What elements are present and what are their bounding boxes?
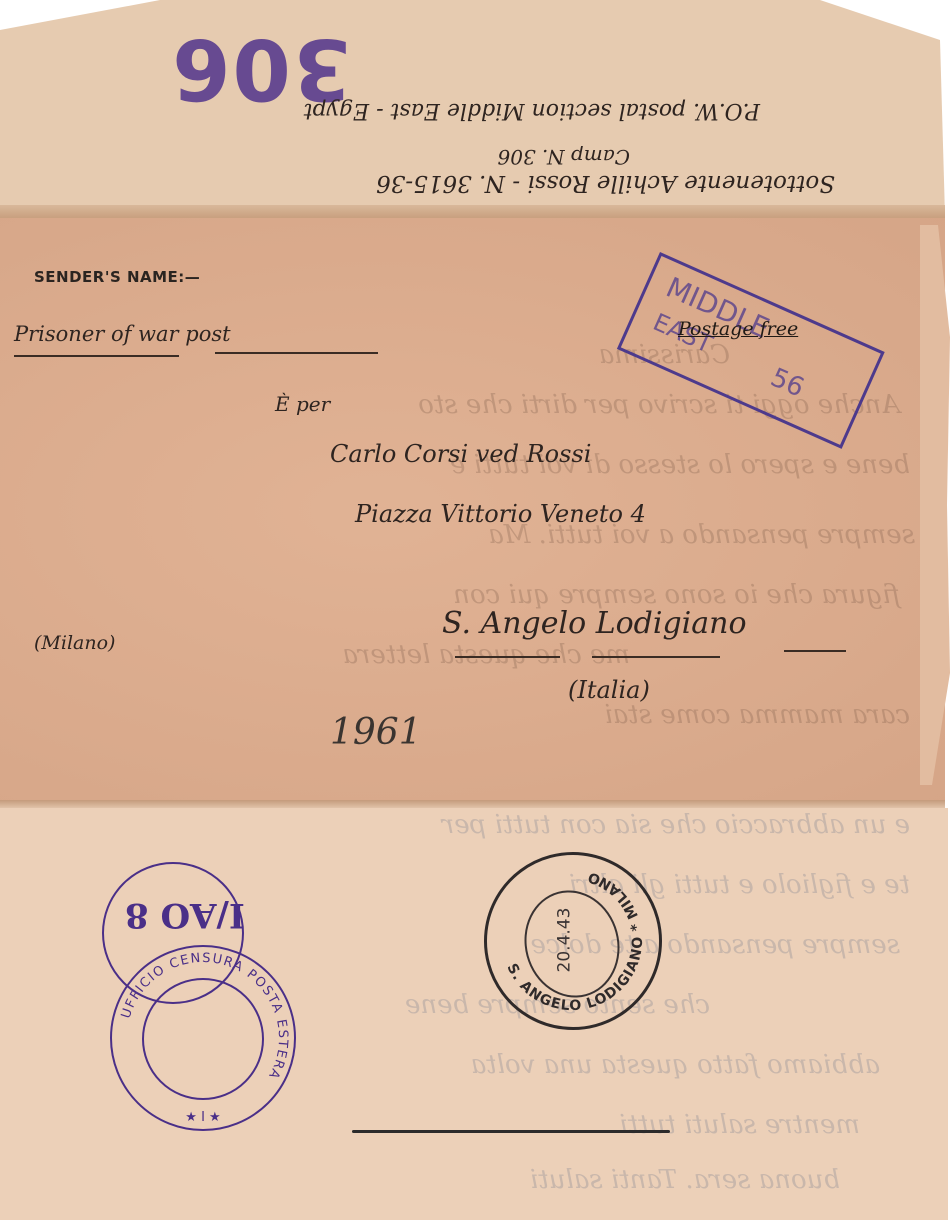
ghost-line: cara mamma come stai xyxy=(604,700,910,730)
prisoner-of-war-post-label: Prisoner of war post xyxy=(14,322,231,346)
svg-text:UFFICIO CENSURA POSTA ESTERA: UFFICIO CENSURA POSTA ESTERA xyxy=(119,951,290,1082)
ghost-line: mentre saluti tutti xyxy=(619,1110,860,1140)
ghost-line: buona sera. Tanti saluti xyxy=(530,1165,840,1195)
censor-overstamp: I/AO 8 xyxy=(125,895,245,935)
underline xyxy=(215,352,378,354)
staple-wire xyxy=(352,1130,670,1133)
censor-box-number: 56 xyxy=(766,363,808,404)
ghost-line: me che questa lettera xyxy=(342,640,630,670)
recipient-city: S. Angelo Lodigiano xyxy=(442,606,747,641)
underline xyxy=(455,656,560,658)
censor-ring-text: UFFICIO CENSURA POSTA ESTERA ★ I ★ xyxy=(110,945,296,1131)
underline xyxy=(784,650,846,652)
underline xyxy=(592,656,720,658)
recipient-country: (Italia) xyxy=(568,676,650,704)
return-address-line-3: P.O.W. postal section Middle East - Egyp… xyxy=(20,98,760,123)
ghost-line: e un abbraccio che sia con tutti per xyxy=(442,810,910,840)
postmark-date: 20.4.43 xyxy=(554,908,574,973)
ghost-line: abbiamo fatto questa una volta xyxy=(471,1050,880,1080)
return-address-line-1: Sottotenente Achille Rossi - N. 3615-36 xyxy=(175,170,835,196)
recipient-prefix: È per xyxy=(275,392,330,416)
svg-text:★ I ★: ★ I ★ xyxy=(185,1110,220,1125)
postage-free-label: Postage free xyxy=(678,318,798,340)
return-address-line-2: Camp N. 306 xyxy=(410,145,630,169)
recipient-name: Carlo Corsi ved Rossi xyxy=(330,440,591,468)
note-number: 1961 xyxy=(330,712,422,753)
flap-fold xyxy=(0,205,945,219)
recipient-street: Piazza Vittorio Veneto 4 xyxy=(355,500,646,528)
recipient-province: (Milano) xyxy=(34,632,115,654)
underline xyxy=(14,355,179,357)
sender-name-label: SENDER'S NAME:— xyxy=(34,268,200,286)
